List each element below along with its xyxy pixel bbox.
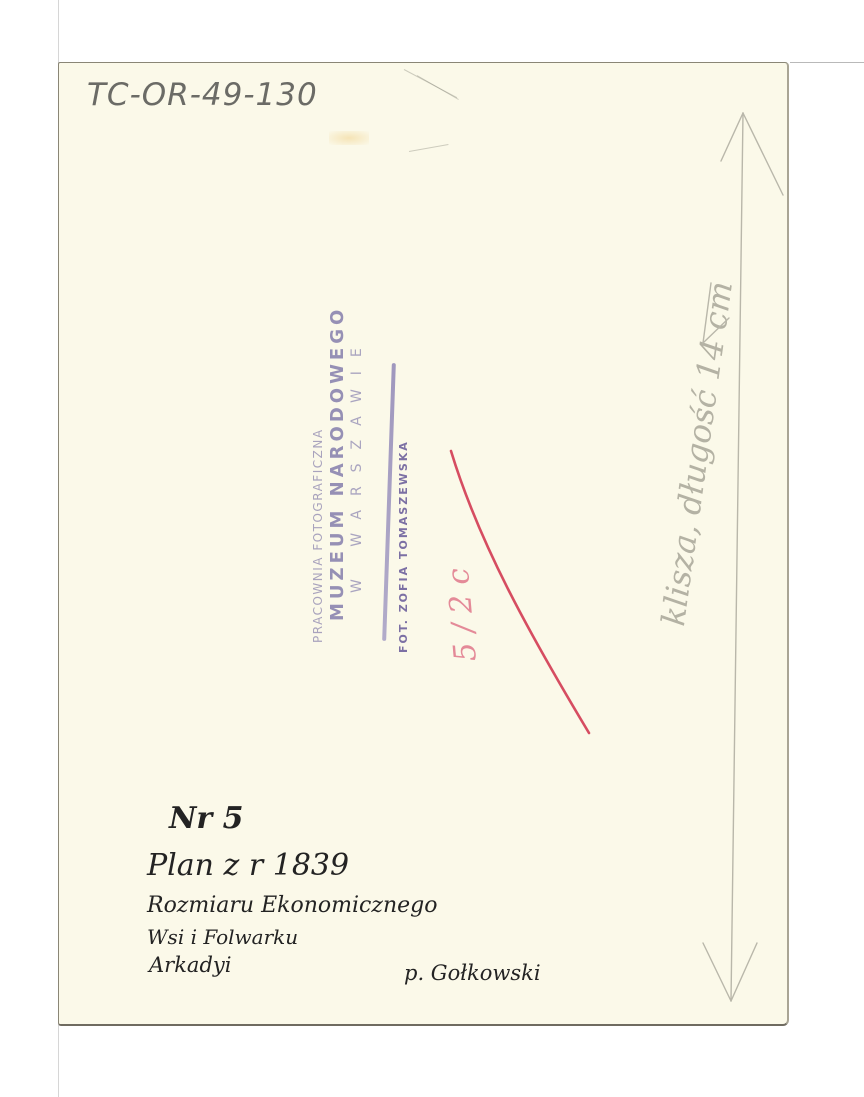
stamp-line-4: FOT. ZOFIA TOMASZEWSKA: [397, 440, 410, 653]
stamp-line-2: MUZEUM NARODOWEGO: [327, 306, 348, 621]
scratch-mark: [417, 75, 459, 100]
stain: [329, 131, 369, 145]
signature: p. Gołkowski: [404, 961, 541, 985]
plan-title: Plan z r 1839: [147, 848, 349, 883]
stamp-line-1: PRACOWNIA FOTOGRAFICZNA: [311, 428, 325, 643]
stamp-line-3: W WARSZAWIE: [349, 334, 365, 593]
double-arrow-icon: [699, 83, 789, 1013]
stamp-divider: [382, 363, 396, 641]
scratch-mark: [409, 144, 449, 152]
item-number: Nr 5: [169, 801, 244, 836]
scan-edge-line: [790, 62, 864, 63]
photo-card-reverse: TC-OR-49-130 PRACOWNIA FOTOGRAFICZNA MUZ…: [58, 62, 789, 1026]
description-line: Arkadyi: [149, 953, 231, 977]
museum-stamp: PRACOWNIA FOTOGRAFICZNA MUZEUM NARODOWEG…: [305, 353, 435, 653]
description-line: Wsi i Folwarku: [147, 925, 298, 949]
description-line: Rozmiaru Ekonomicznego: [147, 893, 437, 918]
catalog-number: TC-OR-49-130: [87, 77, 318, 113]
